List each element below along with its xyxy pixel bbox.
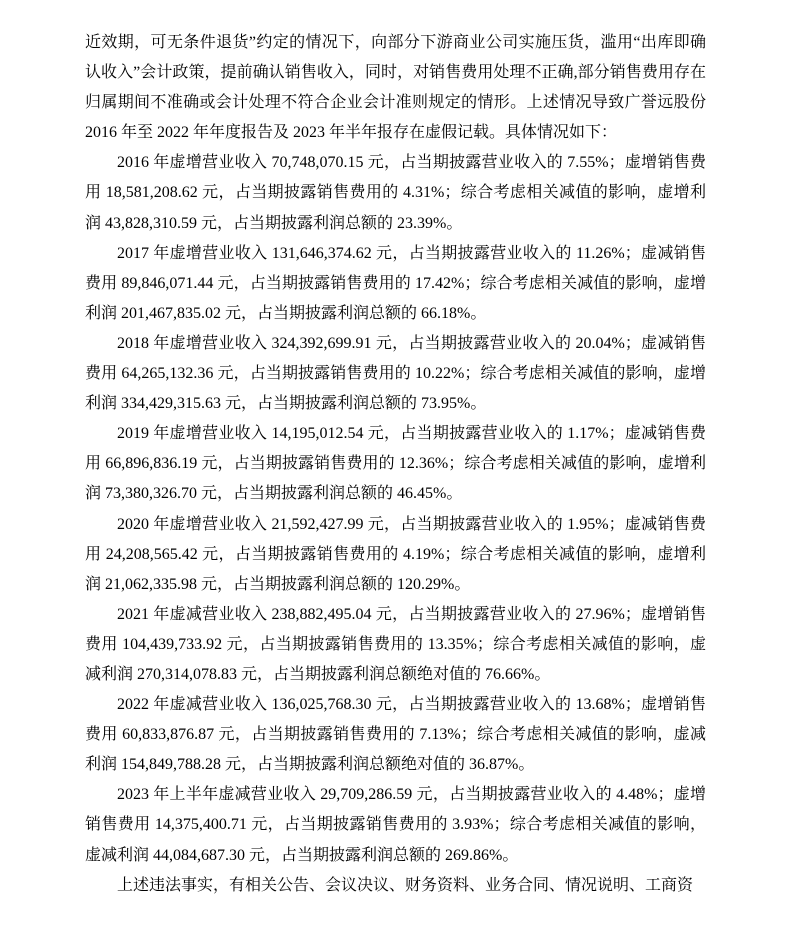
paragraph-closing-facts: 上述违法事实，有相关公告、会议决议、财务资料、业务合同、情况说明、工商资 bbox=[85, 871, 706, 901]
paragraph-year-2022: 2022 年虚减营业收入 136,025,768.30 元，占当期披露营业收入的… bbox=[85, 690, 706, 780]
paragraph-year-2020: 2020 年虚增营业收入 21,592,427.99 元，占当期披露营业收入的 … bbox=[85, 510, 706, 600]
document-page: 近效期，可无条件退货”约定的情况下，向部分下游商业公司实施压货，滥用“出库即确认… bbox=[0, 0, 791, 945]
paragraph-year-2019: 2019 年虚增营业收入 14,195,012.54 元，占当期披露营业收入的 … bbox=[85, 419, 706, 509]
paragraph-year-2021: 2021 年虚减营业收入 238,882,495.04 元，占当期披露营业收入的… bbox=[85, 600, 706, 690]
paragraph-half-year-2023: 2023 年上半年虚减营业收入 29,709,286.59 元，占当期披露营业收… bbox=[85, 780, 706, 870]
paragraph-year-2017: 2017 年虚增营业收入 131,646,374.62 元，占当期披露营业收入的… bbox=[85, 239, 706, 329]
paragraph-year-2016: 2016 年虚增营业收入 70,748,070.15 元，占当期披露营业收入的 … bbox=[85, 148, 706, 238]
paragraph-year-2018: 2018 年虚增营业收入 324,392,699.91 元，占当期披露营业收入的… bbox=[85, 329, 706, 419]
paragraph-intro-continuation: 近效期，可无条件退货”约定的情况下，向部分下游商业公司实施压货，滥用“出库即确认… bbox=[85, 28, 706, 148]
